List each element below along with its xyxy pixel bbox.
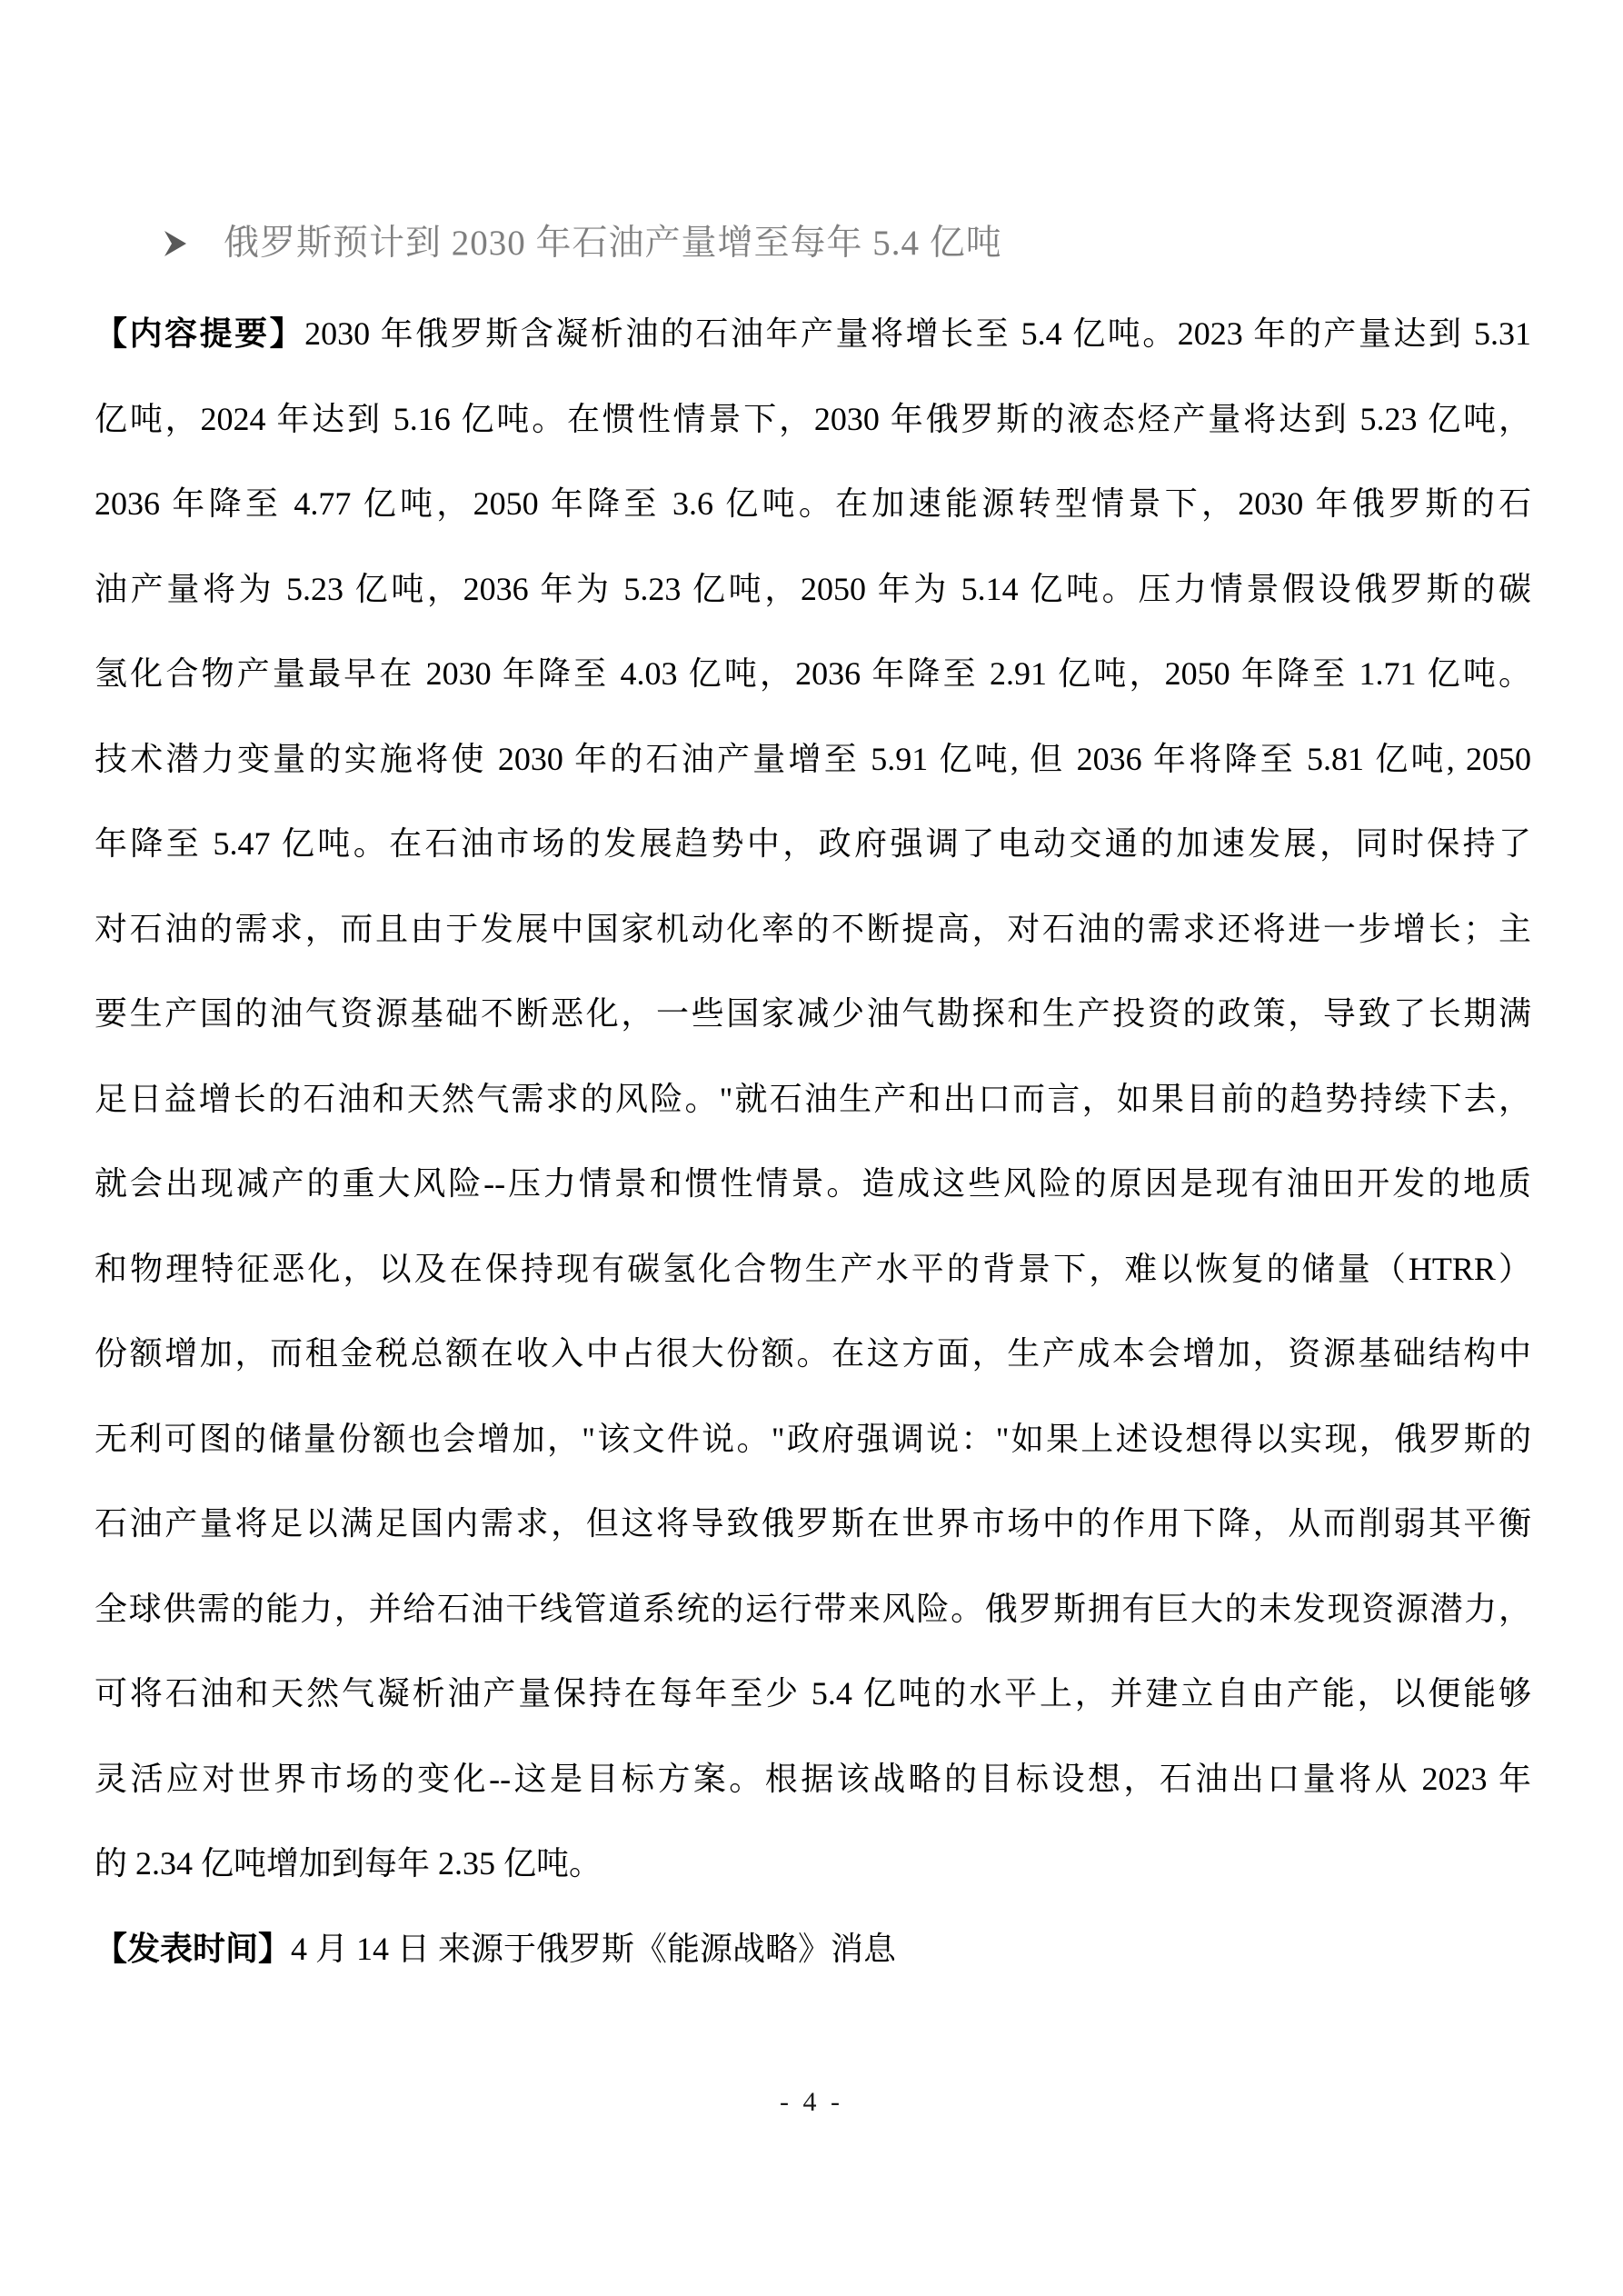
paragraph-line: 氢化合物产量最早在 2030 年降至 4.03 亿吨，2036 年降至 2.91…: [95, 632, 1531, 717]
paragraph-line: 2036 年降至 4.77 亿吨，2050 年降至 3.6 亿吨。在加速能源转型…: [95, 462, 1531, 547]
summary-label: 【内容提要】: [95, 315, 304, 352]
paragraph-line: 要生产国的油气资源基础不断恶化，一些国家减少油气勘探和生产投资的政策，导致了长期…: [95, 972, 1531, 1057]
paragraph-line: 全球供需的能力，并给石油干线管道系统的运行带来风险。俄罗斯拥有巨大的未发现资源潜…: [95, 1567, 1531, 1652]
document-page: 俄罗斯预计到 2030 年石油产量增至每年 5.4 亿吨 【内容提要】2030 …: [0, 0, 1623, 2296]
paragraph-line: 可将石油和天然气凝析油产量保持在每年至少 5.4 亿吨的水平上，并建立自由产能，…: [95, 1652, 1531, 1737]
summary-first-line-text: 2030 年俄罗斯含凝析油的石油年产量将增长至 5.4 亿吨。2023 年的产量…: [304, 315, 1531, 352]
paragraph-line: 对石油的需求，而且由于发展中国家机动化率的不断提高，对石油的需求还将进一步增长；…: [95, 887, 1531, 973]
summary-first-line: 【内容提要】2030 年俄罗斯含凝析油的石油年产量将增长至 5.4 亿吨。202…: [95, 292, 1531, 377]
paragraph-line: 亿吨，2024 年达到 5.16 亿吨。在惯性情景下，2030 年俄罗斯的液态烃…: [95, 377, 1531, 463]
paragraph-line: 技术潜力变量的实施将使 2030 年的石油产量增至 5.91 亿吨, 但 203…: [95, 717, 1531, 803]
paragraph-line: 就会出现减产的重大风险--压力情景和惯性情景。造成这些风险的原因是现有油田开发的…: [95, 1142, 1531, 1227]
publish-label: 【发表时间】: [95, 1931, 291, 1967]
paragraph-line: 份额增加，而租金税总额在收入中占很大份额。在这方面，生产成本会增加，资源基础结构…: [95, 1312, 1531, 1397]
summary-paragraph: 【内容提要】2030 年俄罗斯含凝析油的石油年产量将增长至 5.4 亿吨。202…: [95, 292, 1531, 1992]
paragraph-line: 和物理特征恶化，以及在保持现有碳氢化合物生产水平的背景下，难以恢复的储量（HTR…: [95, 1227, 1531, 1313]
paragraph-line: 灵活应对世界市场的变化--这是目标方案。根据该战略的目标设想，石油出口量将从 2…: [95, 1737, 1531, 1822]
paragraph-line: 石油产量将足以满足国内需求，但这将导致俄罗斯在世界市场中的作用下降，从而削弱其平…: [95, 1482, 1531, 1567]
summary-last-line: 的 2.34 亿吨增加到每年 2.35 亿吨。: [95, 1822, 1531, 1907]
summary-lines: 亿吨，2024 年达到 5.16 亿吨。在惯性情景下，2030 年俄罗斯的液态烃…: [95, 377, 1531, 1822]
page-number: - 4 -: [0, 2087, 1623, 2118]
paragraph-line: 无利可图的储量份额也会增加，"该文件说。"政府强调说："如果上述设想得以实现，俄…: [95, 1397, 1531, 1482]
paragraph-line: 油产量将为 5.23 亿吨，2036 年为 5.23 亿吨，2050 年为 5.…: [95, 547, 1531, 633]
article-title: 俄罗斯预计到 2030 年石油产量增至每年 5.4 亿吨: [224, 218, 1002, 269]
paragraph-line: 年降至 5.47 亿吨。在石油市场的发展趋势中，政府强调了电动交通的加速发展，同…: [95, 802, 1531, 887]
article-title-row: 俄罗斯预计到 2030 年石油产量增至每年 5.4 亿吨: [162, 218, 1002, 269]
arrowhead-right-icon: [162, 228, 189, 259]
publish-line: 【发表时间】4 月 14 日 来源于俄罗斯《能源战略》消息: [95, 1907, 1531, 1992]
publish-text: 4 月 14 日 来源于俄罗斯《能源战略》消息: [291, 1931, 896, 1967]
paragraph-line: 足日益增长的石油和天然气需求的风险。"就石油生产和出口而言，如果目前的趋势持续下…: [95, 1057, 1531, 1143]
